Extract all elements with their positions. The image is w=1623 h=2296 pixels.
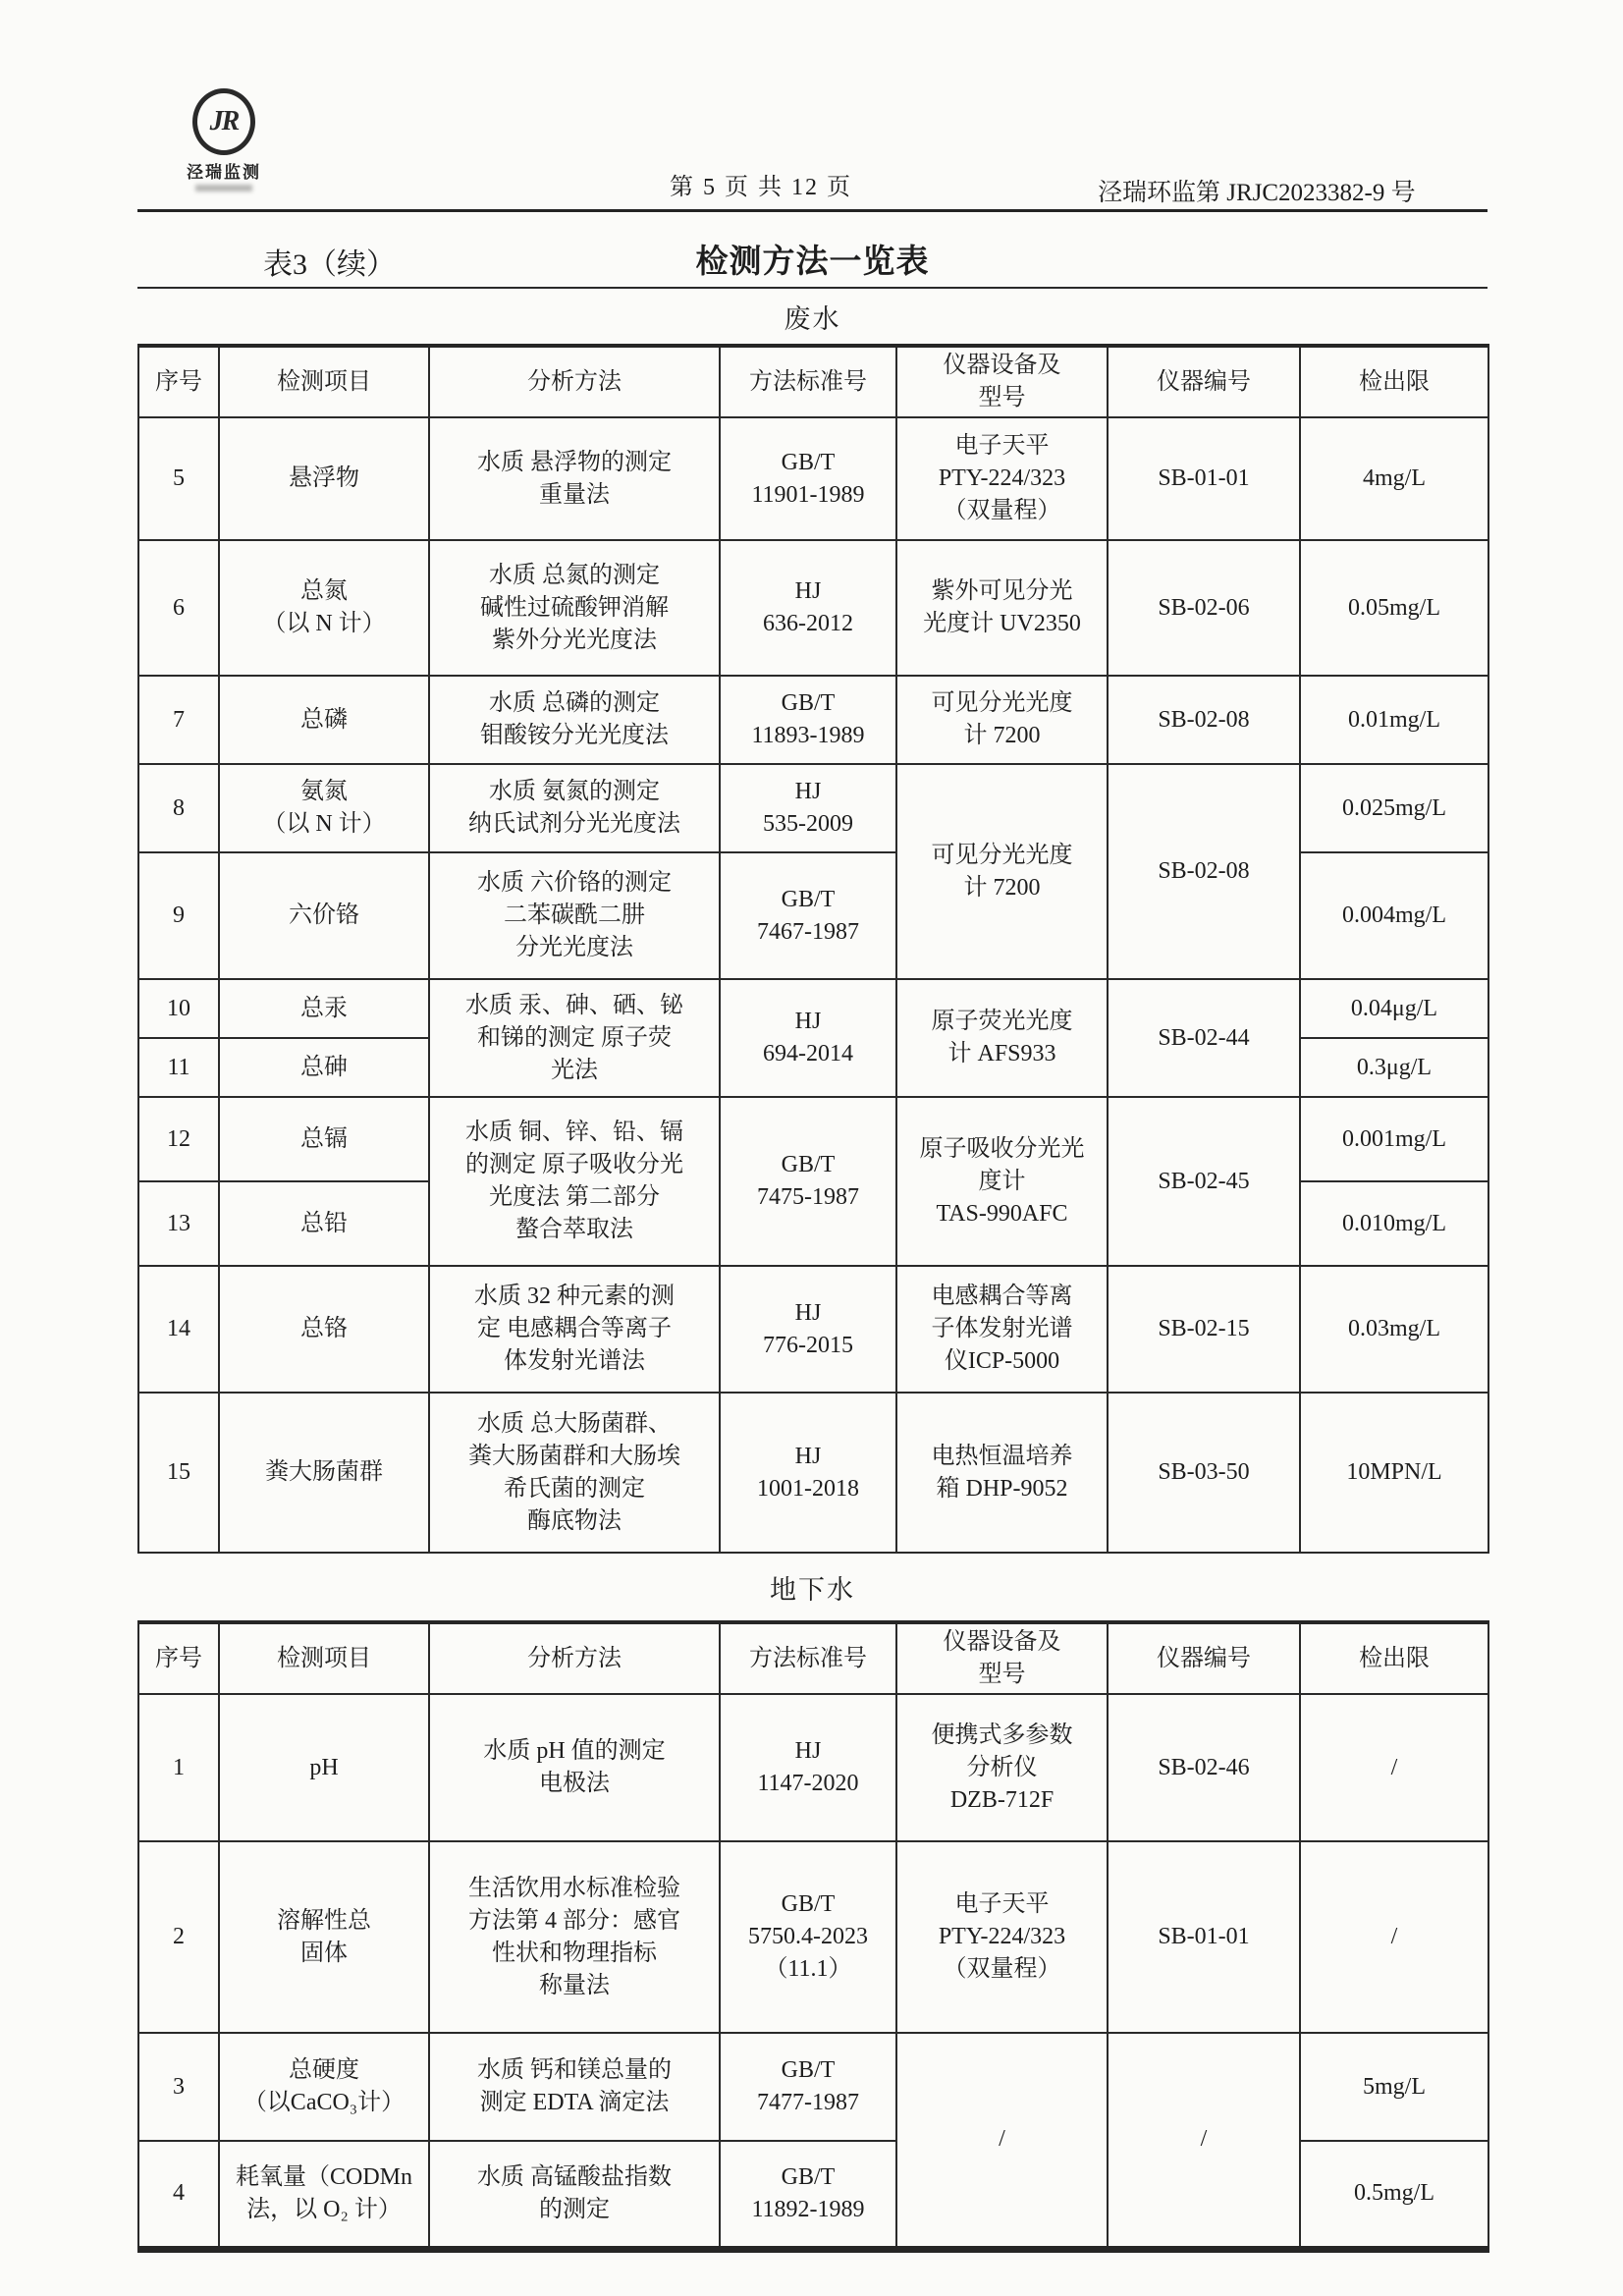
cell-instrument-merged: /	[896, 2033, 1108, 2249]
col-header-limit: 检出限	[1300, 1622, 1488, 1694]
col-header-instrument-no: 仪器编号	[1108, 1622, 1300, 1694]
cell-item: pH	[219, 1694, 429, 1841]
col-header-instrument: 仪器设备及 型号	[896, 346, 1108, 417]
cell-item: 总汞	[219, 979, 429, 1038]
col-header-instrument-no: 仪器编号	[1108, 346, 1300, 417]
cell-standard: GB/T 11893-1989	[720, 676, 896, 764]
cell-no: 13	[138, 1181, 219, 1266]
cell-instrument-no-merged: /	[1108, 2033, 1300, 2249]
cell-item: 总镉	[219, 1097, 429, 1181]
cell-standard-merged: GB/T 7475-1987	[720, 1097, 896, 1266]
cell-no: 11	[138, 1038, 219, 1097]
cell-instrument-merged: 原子吸收分光光 度计 TAS-990AFC	[896, 1097, 1108, 1266]
table-row: 2 溶解性总 固体 生活饮用水标准检验 方法第 4 部分：感官 性状和物理指标 …	[138, 1841, 1488, 2033]
cell-standard: HJ 1001-2018	[720, 1393, 896, 1553]
cell-limit: 10MPN/L	[1300, 1393, 1488, 1553]
table-row: 1 pH 水质 pH 值的测定 电极法 HJ 1147-2020 便携式多参数 …	[138, 1694, 1488, 1841]
logo-jr-icon: JR	[192, 88, 255, 155]
cell-no: 14	[138, 1266, 219, 1393]
cell-instrument: 电子天平 PTY-224/323 （双量程）	[896, 1841, 1108, 2033]
groundwater-table: 序号 检测项目 分析方法 方法标准号 仪器设备及 型号 仪器编号 检出限 1 p…	[137, 1620, 1489, 2253]
cell-instrument: 可见分光光度 计 7200	[896, 676, 1108, 764]
cell-method: 水质 总氮的测定 碱性过硫酸钾消解 紫外分光光度法	[429, 540, 720, 676]
cell-standard: GB/T 11892-1989	[720, 2141, 896, 2249]
cell-method: 水质 六价铬的测定 二苯碳酰二肼 分光光度法	[429, 852, 720, 979]
table-row: 10 总汞 水质 汞、砷、硒、铋 和锑的测定 原子荧 光法 HJ 694-201…	[138, 979, 1488, 1038]
section-label-groundwater: 地下水	[137, 1554, 1488, 1620]
cell-method: 水质 32 种元素的测 定 电感耦合等离子 体发射光谱法	[429, 1266, 720, 1393]
cell-no: 3	[138, 2033, 219, 2141]
cell-no: 10	[138, 979, 219, 1038]
cell-method: 水质 悬浮物的测定 重量法	[429, 417, 720, 540]
cell-limit: 0.010mg/L	[1300, 1181, 1488, 1266]
cell-no: 5	[138, 417, 219, 540]
col-header-standard: 方法标准号	[720, 346, 896, 417]
cell-item: 溶解性总 固体	[219, 1841, 429, 2033]
cell-item: 粪大肠菌群	[219, 1393, 429, 1553]
cell-no: 8	[138, 764, 219, 852]
cell-instrument: 电感耦合等离 子体发射光谱 仪ICP-5000	[896, 1266, 1108, 1393]
header-row: 序号 检测项目 分析方法 方法标准号 仪器设备及 型号 仪器编号 检出限	[138, 1622, 1488, 1694]
cell-no: 7	[138, 676, 219, 764]
cell-limit: 0.5mg/L	[1300, 2141, 1488, 2249]
page: JR 泾瑞监测 第 5 页 共 12 页 泾瑞环监第 JRJC2023382-9…	[0, 0, 1623, 2296]
cell-standard-merged: HJ 694-2014	[720, 979, 896, 1097]
table-row: 8 氨氮 （以 N 计） 水质 氨氮的测定 纳氏试剂分光光度法 HJ 535-2…	[138, 764, 1488, 852]
cell-instrument: 便携式多参数 分析仪 DZB-712F	[896, 1694, 1108, 1841]
table-row: 6 总氮 （以 N 计） 水质 总氮的测定 碱性过硫酸钾消解 紫外分光光度法 H…	[138, 540, 1488, 676]
cell-standard: GB/T 7467-1987	[720, 852, 896, 979]
cell-instrument-no: SB-01-01	[1108, 417, 1300, 540]
title-row: 表3（续） 检测方法一览表	[137, 234, 1488, 287]
col-header-instrument: 仪器设备及 型号	[896, 1622, 1108, 1694]
doc-number: 泾瑞环监第 JRJC2023382-9 号	[1098, 173, 1416, 208]
cell-instrument-no-merged: SB-02-45	[1108, 1097, 1300, 1266]
cell-limit: 4mg/L	[1300, 417, 1488, 540]
cell-instrument-no: SB-01-01	[1108, 1841, 1300, 2033]
cell-limit: 0.3μg/L	[1300, 1038, 1488, 1097]
cell-limit: /	[1300, 1694, 1488, 1841]
cell-instrument-no-merged: SB-02-08	[1108, 764, 1300, 979]
table-row: 3 总硬度 （以CaCO₃计） 水质 钙和镁总量的 测定 EDTA 滴定法 GB…	[138, 2033, 1488, 2141]
cell-no: 2	[138, 1841, 219, 2033]
cell-no: 12	[138, 1097, 219, 1181]
cell-limit: 0.03mg/L	[1300, 1266, 1488, 1393]
cell-no: 15	[138, 1393, 219, 1553]
cell-item: 总铅	[219, 1181, 429, 1266]
cell-method: 生活饮用水标准检验 方法第 4 部分：感官 性状和物理指标 称量法	[429, 1841, 720, 2033]
header-rule	[137, 209, 1488, 212]
col-header-method: 分析方法	[429, 1622, 720, 1694]
cell-method: 水质 总磷的测定 钼酸铵分光光度法	[429, 676, 720, 764]
cell-instrument: 电热恒温培养 箱 DHP-9052	[896, 1393, 1108, 1553]
cell-method: 水质 氨氮的测定 纳氏试剂分光光度法	[429, 764, 720, 852]
col-header-no: 序号	[138, 346, 219, 417]
section-label-wastewater: 废水	[137, 287, 1488, 344]
col-header-item: 检测项目	[219, 1622, 429, 1694]
cell-standard: GB/T 7477-1987	[720, 2033, 896, 2141]
logo-monogram: JR	[210, 106, 239, 137]
cell-instrument: 电子天平 PTY-224/323 （双量程）	[896, 417, 1108, 540]
cell-item: 总磷	[219, 676, 429, 764]
cell-instrument-no: SB-03-50	[1108, 1393, 1300, 1553]
cell-method: 水质 钙和镁总量的 测定 EDTA 滴定法	[429, 2033, 720, 2141]
cell-standard: GB/T 11901-1989	[720, 417, 896, 540]
cell-instrument-merged: 可见分光光度 计 7200	[896, 764, 1108, 979]
cell-limit: 5mg/L	[1300, 2033, 1488, 2141]
cell-item: 总铬	[219, 1266, 429, 1393]
document-body: 表3（续） 检测方法一览表 废水 序号 检测项目 分析方法 方法标准号 仪器设备…	[137, 234, 1488, 2253]
header-row: 序号 检测项目 分析方法 方法标准号 仪器设备及 型号 仪器编号 检出限	[138, 346, 1488, 417]
cell-standard: HJ 636-2012	[720, 540, 896, 676]
cell-limit: 0.001mg/L	[1300, 1097, 1488, 1181]
cell-standard: HJ 535-2009	[720, 764, 896, 852]
col-header-item: 检测项目	[219, 346, 429, 417]
cell-standard: HJ 1147-2020	[720, 1694, 896, 1841]
cell-item: 总砷	[219, 1038, 429, 1097]
cell-standard: HJ 776-2015	[720, 1266, 896, 1393]
cell-no: 6	[138, 540, 219, 676]
cell-item: 总硬度 （以CaCO₃计）	[219, 2033, 429, 2141]
cell-method-merged: 水质 汞、砷、硒、铋 和锑的测定 原子荧 光法	[429, 979, 720, 1097]
col-header-limit: 检出限	[1300, 346, 1488, 417]
table-row: 7 总磷 水质 总磷的测定 钼酸铵分光光度法 GB/T 11893-1989 可…	[138, 676, 1488, 764]
cell-limit: 0.04μg/L	[1300, 979, 1488, 1038]
cell-item: 六价铬	[219, 852, 429, 979]
cell-method: 水质 pH 值的测定 电极法	[429, 1694, 720, 1841]
cell-method-merged: 水质 铜、锌、铅、镉 的测定 原子吸收分光 光度法 第二部分 螯合萃取法	[429, 1097, 720, 1266]
col-header-method: 分析方法	[429, 346, 720, 417]
table-row: 14 总铬 水质 32 种元素的测 定 电感耦合等离子 体发射光谱法 HJ 77…	[138, 1266, 1488, 1393]
cell-limit: /	[1300, 1841, 1488, 2033]
cell-instrument: 紫外可见分光 光度计 UV2350	[896, 540, 1108, 676]
cell-instrument-no-merged: SB-02-44	[1108, 979, 1300, 1097]
cell-item: 悬浮物	[219, 417, 429, 540]
cell-limit: 0.05mg/L	[1300, 540, 1488, 676]
cell-limit: 0.004mg/L	[1300, 852, 1488, 979]
cell-limit: 0.025mg/L	[1300, 764, 1488, 852]
cell-item: 耗氧量（CODMn 法，以 O₂ 计）	[219, 2141, 429, 2249]
cell-no: 9	[138, 852, 219, 979]
cell-item: 氨氮 （以 N 计）	[219, 764, 429, 852]
cell-limit: 0.01mg/L	[1300, 676, 1488, 764]
cell-instrument-merged: 原子荧光光度 计 AFS933	[896, 979, 1108, 1097]
cell-instrument-no: SB-02-08	[1108, 676, 1300, 764]
cell-method: 水质 高锰酸盐指数 的测定	[429, 2141, 720, 2249]
cell-standard: GB/T 5750.4-2023 （11.1）	[720, 1841, 896, 2033]
table-row: 5 悬浮物 水质 悬浮物的测定 重量法 GB/T 11901-1989 电子天平…	[138, 417, 1488, 540]
table-row: 12 总镉 水质 铜、锌、铅、镉 的测定 原子吸收分光 光度法 第二部分 螯合萃…	[138, 1097, 1488, 1181]
table-row: 15 粪大肠菌群 水质 总大肠菌群、 粪大肠菌群和大肠埃 希氏菌的测定 酶底物法…	[138, 1393, 1488, 1553]
cell-no: 4	[138, 2141, 219, 2249]
cell-instrument-no: SB-02-15	[1108, 1266, 1300, 1393]
cell-method: 水质 总大肠菌群、 粪大肠菌群和大肠埃 希氏菌的测定 酶底物法	[429, 1393, 720, 1553]
wastewater-table: 序号 检测项目 分析方法 方法标准号 仪器设备及 型号 仪器编号 检出限 5 悬…	[137, 344, 1489, 1554]
col-header-no: 序号	[138, 1622, 219, 1694]
cell-instrument-no: SB-02-06	[1108, 540, 1300, 676]
cell-instrument-no: SB-02-46	[1108, 1694, 1300, 1841]
page-title: 检测方法一览表	[137, 236, 1488, 282]
cell-item: 总氮 （以 N 计）	[219, 540, 429, 676]
col-header-standard: 方法标准号	[720, 1622, 896, 1694]
cell-no: 1	[138, 1694, 219, 1841]
